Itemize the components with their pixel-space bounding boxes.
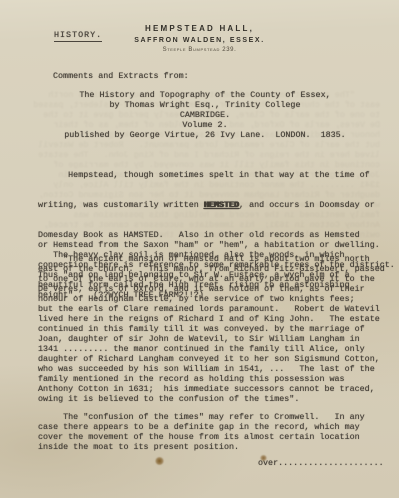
typewritten-document-scan: HISTORY. HEMPSTEAD HALL, SAFFRON WALDEN,… bbox=[0, 0, 399, 498]
paragraph-confusion-of-times: The "confusion of the times" may refer t… bbox=[38, 412, 390, 452]
paper-stain bbox=[260, 455, 267, 461]
overstrike-post-text: , and occurs in Doomsday or bbox=[239, 200, 375, 210]
book-citation: The History and Topography of the County… bbox=[30, 90, 380, 140]
letterhead-phone: Steeple Bumpstead 239. bbox=[0, 47, 399, 53]
overstrike-pre-text: writing, was customarily written bbox=[38, 200, 204, 210]
paragraph-manor-history-quote: "The ancient mansion of Hemsted Hall is … bbox=[38, 254, 390, 404]
letterhead-address: SAFFRON WALDEN, ESSEX. bbox=[0, 37, 399, 44]
paper-stain bbox=[155, 457, 164, 465]
paragraph-line: Hempstead, though sometimes spelt in tha… bbox=[38, 170, 390, 180]
letterhead-house-name: HEMPSTEAD HALL, bbox=[0, 24, 399, 33]
paragraph-line-with-overstrike: writing, was customarily written HEMSTED… bbox=[38, 200, 390, 210]
overstruck-word-hemsted: HEMSTED bbox=[204, 200, 239, 210]
intro-line: Comments and Extracts from: bbox=[53, 71, 189, 81]
letterhead: HEMPSTEAD HALL, SAFFRON WALDEN, ESSEX. S… bbox=[0, 24, 399, 53]
over-continuation-note: over..................... bbox=[258, 458, 384, 468]
